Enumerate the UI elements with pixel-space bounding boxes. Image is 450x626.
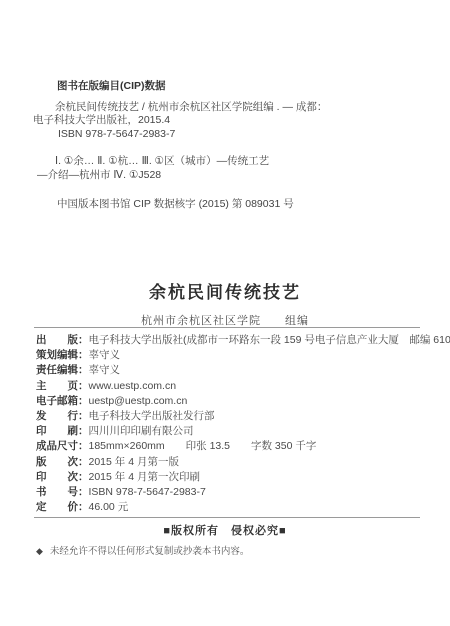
- colophon-row-printer: 印 刷：四川川印印刷有限公司: [36, 424, 432, 439]
- book-title: 余杭民间传统技艺: [0, 278, 450, 303]
- colophon-row-price: 定 价：46.00 元: [36, 500, 432, 515]
- colophon-value: 辜守义: [89, 364, 121, 376]
- cip-isbn: ISBN 978-7-5647-2983-7: [58, 128, 425, 142]
- colophon-value: 46.00 元: [89, 501, 129, 513]
- colophon-row-dimensions: 成品尺寸：185mm×260mm 印张 13.5 字数 350 千字: [36, 439, 432, 454]
- cip-block: 图书在版编目(CIP)数据 余杭民间传统技艺 / 杭州市余杭区社区学院组编 . …: [33, 80, 425, 212]
- colophon-value: uestp@uestp.com.cn: [89, 395, 188, 407]
- colophon-value: 2015 年 4 月第一次印刷: [89, 471, 200, 483]
- colophon-label: 策划编辑：: [36, 349, 89, 361]
- colophon-row-edition: 版 次：2015 年 4 月第一版: [36, 455, 432, 470]
- colophon-value: 185mm×260mm 印张 13.5 字数 350 千字: [89, 440, 317, 452]
- colophon-row-homepage: 主 页：www.uestp.com.cn: [36, 379, 432, 394]
- colophon-value: 2015 年 4 月第一版: [89, 456, 179, 468]
- colophon-value: www.uestp.com.cn: [89, 380, 177, 392]
- cip-publisher-line: 电子科技大学出版社，2015.4: [33, 114, 425, 128]
- cip-header: 图书在版编目(CIP)数据: [57, 80, 425, 94]
- colophon-label: 版 次：: [36, 456, 89, 468]
- colophon-row-email: 电子邮箱：uestp@uestp.com.cn: [36, 394, 432, 409]
- colophon-value: 辜守义: [89, 349, 121, 361]
- colophon-label: 主 页：: [36, 380, 89, 392]
- colophon-row-publisher: 出 版：电子科技大学出版社(成都市一环路东一段 159 号电子信息产业大厦 邮编…: [36, 333, 432, 348]
- colophon-label: 发 行：: [36, 410, 89, 422]
- colophon-label: 出 版：: [36, 334, 89, 346]
- colophon-label: 印 刷：: [36, 425, 89, 437]
- copyright-page: 图书在版编目(CIP)数据 余杭民间传统技艺 / 杭州市余杭区社区学院组编 . …: [0, 0, 450, 626]
- colophon-row-printing: 印 次：2015 年 4 月第一次印刷: [36, 470, 432, 485]
- cip-classification-line1: Ⅰ. ①余… Ⅱ. ①杭… Ⅲ. ①区（城市）—传统工艺: [55, 155, 425, 169]
- colophon-label: 电子邮箱：: [36, 395, 89, 407]
- colophon-value: 四川川印印刷有限公司: [89, 425, 194, 437]
- colophon-value: ISBN 978-7-5647-2983-7: [89, 486, 206, 498]
- footnote: ◆未经允许不得以任何形式复制或抄袭本书内容。: [36, 543, 426, 557]
- divider-bottom: [34, 517, 420, 518]
- colophon-label: 印 次：: [36, 471, 89, 483]
- cip-title-line: 余杭民间传统技艺 / 杭州市余杭区社区学院组编 . — 成都：: [55, 101, 425, 115]
- colophon-label: 责任编辑：: [36, 364, 89, 376]
- colophon-label: 书 号：: [36, 486, 89, 498]
- colophon-row-planning-editor: 策划编辑：辜守义: [36, 348, 432, 363]
- colophon-row-isbn: 书 号：ISBN 978-7-5647-2983-7: [36, 485, 432, 500]
- colophon-value: 电子科技大学出版社发行部: [89, 410, 215, 422]
- title-block: 余杭民间传统技艺 杭州市余杭区社区学院 组编: [0, 278, 450, 328]
- copyright-banner: ■版权所有 侵权必究■: [0, 522, 450, 538]
- cip-record-number: 中国版本图书馆 CIP 数据核字 (2015) 第 089031 号: [57, 198, 425, 212]
- colophon-row-distribution: 发 行：电子科技大学出版社发行部: [36, 409, 432, 424]
- cip-classification-line2: —介绍—杭州市 Ⅳ. ①J528: [37, 169, 425, 183]
- colophon: 出 版：电子科技大学出版社(成都市一环路东一段 159 号电子信息产业大厦 邮编…: [36, 333, 432, 515]
- colophon-row-responsible-editor: 责任编辑：辜守义: [36, 363, 432, 378]
- colophon-label: 成品尺寸：: [36, 440, 89, 452]
- footnote-text: 未经允许不得以任何形式复制或抄袭本书内容。: [50, 546, 250, 557]
- divider-top: [34, 327, 420, 328]
- diamond-bullet-icon: ◆: [36, 546, 43, 556]
- colophon-value: 电子科技大学出版社(成都市一环路东一段 159 号电子信息产业大厦 邮编 610…: [89, 334, 450, 346]
- byline: 杭州市余杭区社区学院 组编: [0, 312, 450, 328]
- colophon-label: 定 价：: [36, 501, 89, 513]
